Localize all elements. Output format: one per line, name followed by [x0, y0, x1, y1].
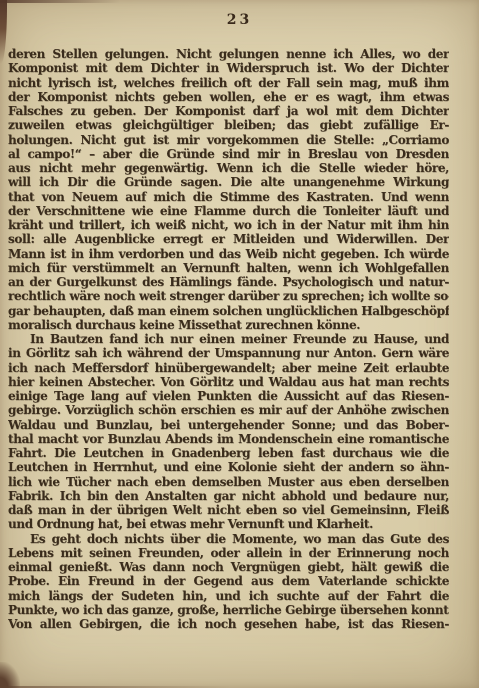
text-line: in Görlitz sah ich während der Umspannun… — [8, 346, 449, 360]
text-line: Fahrt. Die Leutchen in Gnadenberg leben … — [8, 446, 449, 460]
text-line: holungen. Nicht gut ist mir vorgekommen … — [8, 133, 449, 147]
text-line: lich wie Tücher nach eben demselben Must… — [8, 475, 449, 489]
text-line: Leutchen in Herrnhut, und eine Kolonie s… — [8, 460, 449, 474]
text-line: aus nicht mehr gegenwärtig. Wenn ich die… — [8, 161, 449, 175]
text-line: Fabrik. Ich bin den Anstalten gar nicht … — [8, 489, 449, 503]
page-number: 23 — [0, 12, 479, 28]
text-line: und Ordnung hat, bei etwas mehr Vernunft… — [8, 517, 449, 531]
scan-edge-artifact — [0, 0, 7, 64]
text-line: will ich Dir die Gründe sagen. Die alte … — [8, 175, 449, 189]
text-line: einige Tage lang auf vielen Punkten die … — [8, 389, 449, 403]
text-line: kräht und trillert, ich weiß nicht, wo i… — [8, 218, 449, 232]
text-line: al campo!“ – aber die Gründe sind mir in… — [8, 147, 449, 161]
text-line: zuweilen etwas gleichgültiger bleiben; d… — [8, 118, 449, 132]
book-page-scan: 23 deren Stellen gelungen. Nicht gelunge… — [0, 0, 479, 688]
text-line: that von Neuem auf mich die Stimme des K… — [8, 190, 449, 204]
text-line: Falsches zu geben. Der Komponist darf ja… — [8, 104, 449, 118]
text-line: nicht lyrisch ist, welches freilich oft … — [8, 76, 449, 90]
text-line: Komponist mit dem Dichter in Widerspruch… — [8, 61, 449, 75]
text-line: gar behaupten, daß man einem solchen ung… — [8, 304, 449, 318]
scan-edge-artifact — [0, 662, 20, 688]
text-line: an der Gurgelkunst des Hämlings fände. P… — [8, 275, 449, 289]
body-text: deren Stellen gelungen. Nicht gelungen n… — [8, 47, 449, 631]
text-line: Lebens mit seinen Freunden, oder allein … — [8, 546, 449, 560]
text-line: mich längs der Sudeten hin, und ich such… — [8, 589, 449, 603]
text-line: deren Stellen gelungen. Nicht gelungen n… — [8, 47, 449, 61]
text-line: rechtlich wäre noch weit strenger darübe… — [8, 289, 449, 303]
scan-edge-artifact — [0, 0, 120, 3]
text-line: Mann ist in ihm verdorben und das Weib n… — [8, 247, 449, 261]
text-line: thal macht vor Bunzlau Abends im Mondens… — [8, 432, 449, 446]
text-line: Punkte, wo ich das ganze, große, herrlic… — [8, 603, 449, 617]
text-line: soll: alle Augenblicke erregt er Mitleid… — [8, 232, 449, 246]
text-line: Es geht doch nichts über die Momente, wo… — [8, 532, 449, 546]
text-line: daß man in der übrigen Welt nicht eben s… — [8, 503, 449, 517]
text-line: In Bautzen fand ich nur einen meiner Fre… — [8, 332, 449, 346]
text-line: ich nach Meffersdorf hinübergewandelt; a… — [8, 361, 449, 375]
text-line: Von allen Gebirgen, die ich noch gesehen… — [8, 617, 449, 631]
text-line: mich für verstümmelt an Vernunft halten,… — [8, 261, 449, 275]
text-line: hier keinen Abstecher. Von Görlitz und W… — [8, 375, 449, 389]
text-line: einmal genießt. Was dann noch Vergnügen … — [8, 560, 449, 574]
text-line: Probe. Ein Freund in der Gegend aus dem … — [8, 574, 449, 588]
text-line: der Verschnittene wie eine Flamme durch … — [8, 204, 449, 218]
text-line: gebirge. Vorzüglich schön erschien es mi… — [8, 403, 449, 417]
text-line: moralisch durchaus keine Missethat zurec… — [8, 318, 449, 332]
text-line: Waldau und Bunzlau, bei untergehender So… — [8, 418, 449, 432]
text-line: der Komponist nichts geben wollen, ehe e… — [8, 90, 449, 104]
